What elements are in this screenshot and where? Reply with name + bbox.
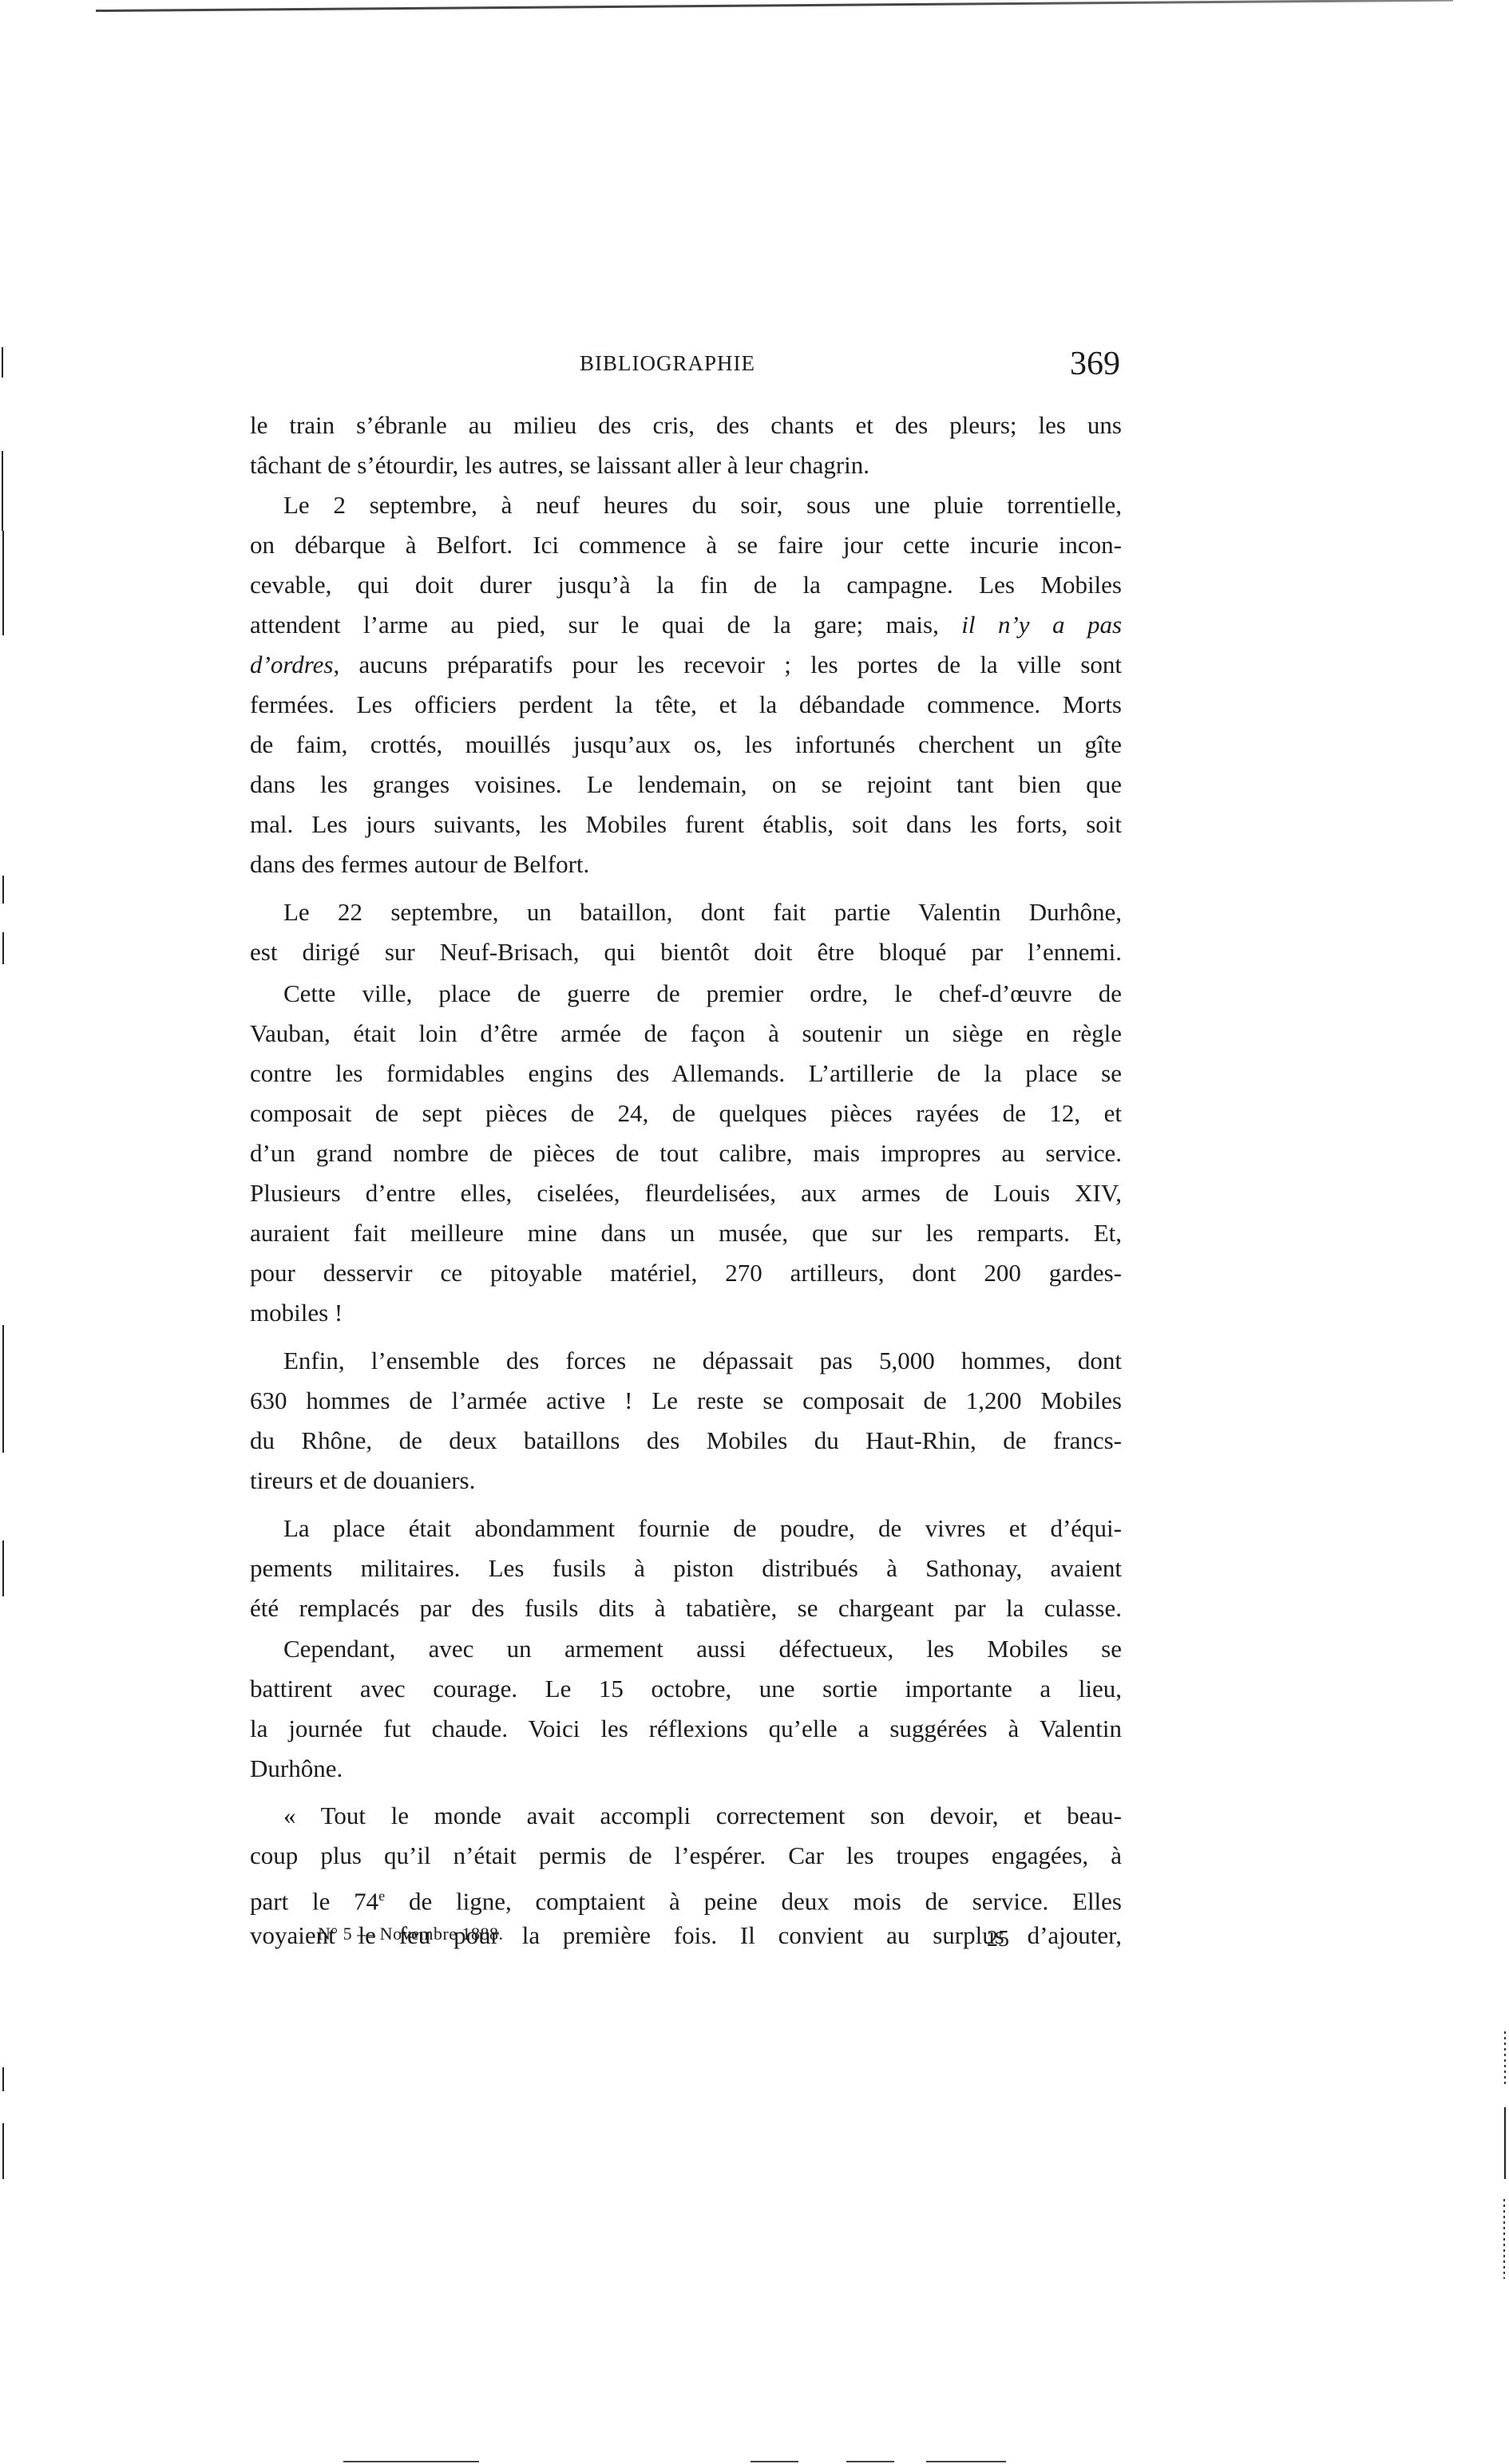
text-line: fermées. Les officiers perdent la tête, … [250, 685, 1122, 725]
text-line: la journée fut chaude. Voici les réflexi… [250, 1709, 1122, 1749]
text-line: du Rhône, de deux bataillons des Mobiles… [250, 1421, 1122, 1461]
text-line: on débarque à Belfort. Ici commence à se… [250, 525, 1122, 565]
text-line: dans les granges voisines. Le lendemain,… [250, 765, 1122, 805]
text-line: 630 hommes de l’armée active ! Le reste … [250, 1381, 1122, 1421]
text-line: Durhône. [250, 1749, 1122, 1789]
text-line: d’un grand nombre de pièces de tout cali… [250, 1133, 1122, 1173]
italic-phrase: il n’y a pas [961, 611, 1122, 639]
text-line: part le 74e de ligne, comptaient à peine… [250, 1876, 1122, 1916]
issue-label: N° 5 — Novembre 1888. [318, 1924, 504, 1944]
text-line: d’ordres, aucuns préparatifs pour les re… [250, 645, 1122, 685]
text-line: Cependant, avec un armement aussi défect… [250, 1629, 1122, 1669]
text-line: mobiles ! [250, 1293, 1122, 1333]
page-footer: N° 5 — Novembre 1888. 25 [0, 1924, 1509, 1956]
text-line: Cette ville, place de guerre de premier … [250, 974, 1122, 1014]
text-line: coup plus qu’il n’était permis de l’espé… [250, 1836, 1122, 1876]
text-span: de ligne, comptaient à peine deux mois d… [385, 1887, 1122, 1915]
text-span: part le 74 [250, 1887, 378, 1915]
text-line: Enfin, l’ensemble des forces ne dépassai… [250, 1341, 1122, 1381]
text-line: est dirigé sur Neuf-Brisach, qui bientôt… [250, 932, 1122, 972]
text-line: tâchant de s’étourdir, les autres, se la… [250, 445, 1122, 485]
text-line: été remplacés par des fusils dits à taba… [250, 1588, 1122, 1628]
text-line: Le 2 septembre, à neuf heures du soir, s… [250, 485, 1122, 525]
text-line: Plusieurs d’entre elles, ciselées, fleur… [250, 1173, 1122, 1213]
text-line: Vauban, était loin d’être armée de façon… [250, 1014, 1122, 1054]
text-line: Le 22 septembre, un bataillon, dont fait… [250, 892, 1122, 932]
text-line: auraient fait meilleure mine dans un mus… [250, 1213, 1122, 1253]
text-line: battirent avec courage. Le 15 octobre, u… [250, 1669, 1122, 1709]
running-title: BIBLIOGRAPHIE [580, 351, 755, 376]
text-line: La place était abondamment fournie de po… [250, 1509, 1122, 1548]
text-line: dans des fermes autour de Belfort. [250, 844, 1122, 884]
text-line: tireurs et de douaniers. [250, 1461, 1122, 1501]
page-number: 369 [1070, 345, 1120, 383]
text-line: « Tout le monde avait accompli correctem… [250, 1796, 1122, 1836]
text-line: composait de sept pièces de 24, de quelq… [250, 1094, 1122, 1133]
text-line: pour desservir ce pitoyable matériel, 27… [250, 1253, 1122, 1293]
italic-phrase: d’ordres [250, 651, 333, 678]
text-line: cevable, qui doit durer jusqu’à la fin d… [250, 565, 1122, 605]
text-line: le train s’ébranle au milieu des cris, d… [250, 405, 1122, 445]
document-page: BIBLIOGRAPHIE 369 le train s’ébranle au … [0, 0, 1509, 2464]
superscript: e [378, 1888, 385, 1904]
text-line: mal. Les jours suivants, les Mobiles fur… [250, 805, 1122, 844]
text-line: de faim, crottés, mouillés jusqu’aux os,… [250, 725, 1122, 765]
text-span: attendent l’arme au pied, sur le quai de… [250, 611, 961, 639]
text-line: contre les formidables engins des Allema… [250, 1054, 1122, 1094]
text-line: pements militaires. Les fusils à piston … [250, 1548, 1122, 1588]
text-line: attendent l’arme au pied, sur le quai de… [250, 605, 1122, 645]
signature-mark: 25 [987, 1927, 1009, 1952]
running-head: BIBLIOGRAPHIE 369 [0, 350, 1509, 382]
text-span: , aucuns préparatifs pour les recevoir ;… [333, 651, 1122, 678]
